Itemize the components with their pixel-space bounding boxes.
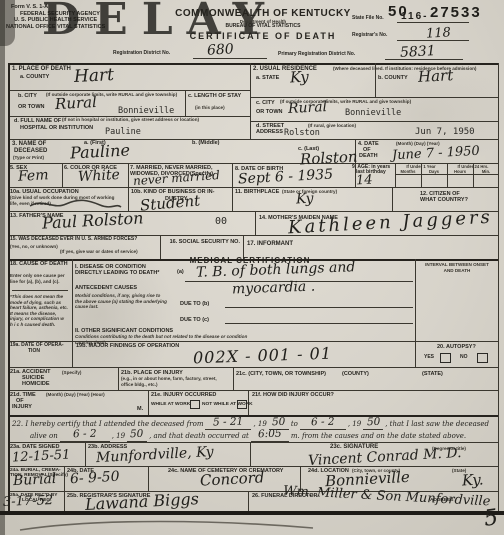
citizen-label2: WHAT COUNTRY?	[420, 197, 468, 203]
res-street-note: (If rural, give location)	[308, 123, 398, 129]
divider	[8, 63, 499, 65]
injury-time-columns: (Month) (Day) (Year) (Hour)	[46, 392, 146, 398]
divider	[385, 59, 463, 60]
certify-text: to	[291, 420, 298, 428]
death-certificate-scan: Form V. S. 1-A FEDERAL SECURITY AGENCY U…	[0, 0, 504, 535]
birthplace-label: 11. BIRTHPLACE	[235, 189, 279, 195]
how-injury-label: 21f. HOW DID INJURY OCCUR?	[252, 392, 334, 398]
not-while-at-work-checkbox	[237, 400, 247, 409]
informant-label: 17. INFORMANT	[247, 241, 293, 248]
injury-occurred-label: 21e. INJURY OCCURRED	[151, 392, 216, 398]
res-note: (Where deceased lived. If institution: r…	[333, 66, 493, 72]
certify-text: alive on	[30, 432, 58, 440]
burial-location-state-value: Ky.	[462, 470, 484, 489]
divider	[233, 367, 234, 390]
res-county-label: b. COUNTY	[378, 75, 408, 81]
registrar-no-label: Registrar's No.	[352, 33, 387, 39]
pod-city-label2: OR TOWN	[18, 104, 44, 110]
age-value: 14	[356, 173, 373, 189]
race-value: White	[78, 167, 121, 185]
certify-from-value: 5 - 21	[213, 415, 244, 428]
reg-district-value: 680	[207, 41, 235, 58]
injury-time-label3: INJURY	[12, 404, 32, 410]
birthplace-value: Ky	[296, 191, 314, 208]
divider	[64, 491, 65, 511]
disease-a-label: (a)	[177, 269, 184, 275]
certify-text: , 19	[348, 420, 361, 428]
pod-stay-label: c. LENGTH OF STAY	[188, 93, 246, 99]
paper-stain	[0, 0, 5, 535]
certify-year3-value: 50	[130, 428, 144, 440]
divider	[250, 63, 251, 139]
divider	[62, 163, 63, 187]
res-date-stamp: Jun 7, 1950	[415, 127, 475, 137]
divider	[12, 290, 68, 291]
due-to-c-label: DUE TO (c)	[180, 317, 209, 323]
res-city-value-hw: Rural	[288, 99, 328, 117]
pod-hospital-note: (If not in hospital or institution, give…	[62, 117, 242, 123]
injury-time-m-label: M.	[137, 406, 143, 412]
certify-to-value: 6 - 2	[311, 416, 335, 429]
name-middle-label: b. (Middle)	[192, 140, 220, 146]
divider	[8, 466, 499, 467]
age-days-label: Days	[421, 169, 447, 174]
divider	[8, 442, 499, 443]
armed-forces-note2: (If yes, give war or dates of service)	[60, 249, 156, 255]
scan-curve-artifact	[18, 518, 318, 534]
name-last-value: Rolston	[300, 148, 358, 169]
bureau-line: BUREAU OF VITAL STATISTICS	[168, 24, 358, 30]
divider	[225, 307, 413, 308]
while-at-work-label: WHILE AT WORK	[151, 402, 190, 408]
certify-statement-line2: alive on6 - 2, 1950, and that death occu…	[30, 429, 468, 442]
state-file-label: State File No.	[352, 16, 384, 22]
divider	[8, 390, 499, 391]
cause-margin-note1: Enter only one cause per line for (a), (…	[10, 273, 66, 284]
date-received-value: 3-17-52	[3, 493, 54, 510]
divider	[8, 139, 499, 140]
autopsy-no-checkbox	[477, 353, 488, 363]
pod-city-value-typed: Bonnieville	[118, 106, 174, 116]
primary-district-label: Primary Registration District No.	[278, 52, 355, 58]
sex-value: Fem	[18, 167, 49, 185]
certify-alive-blank: 6 - 2	[60, 429, 110, 442]
divider	[415, 259, 416, 341]
while-at-work-checkbox	[190, 400, 200, 409]
certificate-title: CERTIFICATE OF DEATH	[168, 31, 358, 42]
autopsy-label: 20. AUTOPSY?	[437, 344, 476, 350]
antecedent-label: ANTECEDENT CAUSES	[75, 285, 137, 291]
divider	[232, 163, 233, 211]
age-hours-label: Hours	[447, 169, 473, 174]
divider	[225, 323, 413, 324]
cause-margin-note2: *This does not mean the mode of dying, s…	[10, 294, 68, 327]
dod-value: June 7 - 1950	[392, 144, 480, 164]
pod-hospital-label: d. FULL NAME OF	[14, 118, 61, 124]
dod-label3: DEATH	[359, 153, 378, 159]
divider	[250, 442, 251, 466]
certify-text: 22. I hereby certify that I attended the…	[12, 420, 203, 428]
res-street-label2: ADDRESS	[256, 129, 283, 135]
autopsy-no-label: NO	[460, 355, 468, 361]
pod-city-value-hw: Rural	[55, 93, 98, 113]
divider	[8, 187, 499, 188]
divider	[148, 466, 149, 491]
armed-forces-label1: 15. WAS DECEASED	[10, 237, 59, 243]
due-to-b-label: DUE TO (b)	[180, 301, 209, 307]
certify-alive-value: 6 - 2	[73, 428, 97, 441]
certify-text: , 19	[253, 420, 266, 428]
res-city-label: c. CITY	[256, 100, 275, 106]
divider	[148, 390, 149, 415]
divider	[250, 121, 499, 122]
divider	[248, 491, 249, 511]
cause-of-death-value-line2: myocardia .	[232, 279, 316, 298]
state-file-value: 116-	[401, 11, 428, 22]
certify-year2-value: 50	[366, 416, 380, 428]
injury-state-label: (STATE)	[422, 371, 443, 377]
divider	[193, 58, 267, 59]
file-number-stamp: 27533	[430, 4, 482, 21]
funeral-director-value: Wm. Miller & Son Munfordville	[283, 484, 491, 510]
divider	[128, 163, 129, 211]
divider	[250, 97, 499, 98]
autopsy-yes-label: YES	[424, 355, 434, 361]
armed-forces-note1: (Yes, no, or unknown)	[10, 244, 58, 250]
certify-text: m. from the causes and on the date state…	[291, 432, 466, 440]
name-first-value: Pauline	[70, 140, 131, 162]
antecedent-note: Morbid conditions, if any, giving rise t…	[75, 293, 167, 310]
certify-year1-value: 50	[272, 416, 286, 428]
res-state-value: Ky	[290, 68, 310, 87]
divider	[8, 90, 250, 91]
pod-stay-note: (in this place)	[195, 105, 245, 111]
date-signed-value: 12-15-51	[12, 447, 71, 465]
disease-label2: DIRECTLY LEADING TO DEATH*	[75, 270, 159, 276]
divider	[392, 187, 393, 211]
reg-district-label: Registration District No.	[113, 51, 170, 57]
burial-type-value: Burial	[13, 471, 57, 489]
operation-date-label2: TION	[28, 349, 40, 355]
findings-label: 19b. MAJOR FINDINGS OF OPERATION	[76, 343, 179, 349]
divider	[72, 341, 73, 367]
res-street-value: Rolston	[284, 128, 320, 138]
divider	[72, 259, 73, 341]
res-city-label2: OR TOWN	[256, 109, 282, 115]
accident-note: (Specify)	[62, 370, 102, 376]
armed-forces-label2: EVER IN U. S. ARMED FORCES?	[60, 237, 156, 243]
pod-title: 1. PLACE OF DEATH	[12, 66, 71, 73]
cemetery-value: Concord	[200, 468, 265, 489]
divider	[498, 63, 499, 511]
injury-county-label: (COUNTY)	[342, 371, 369, 377]
pod-county-label: a. COUNTY	[20, 74, 49, 80]
ssn-label: 16. SOCIAL SECURITY NO.	[164, 239, 240, 245]
pod-county-value: Hart	[74, 65, 115, 87]
certify-text: , that I last saw the deceased	[385, 420, 489, 428]
divider	[8, 367, 499, 368]
findings-value: 002X - 001 - 01	[193, 344, 333, 368]
certify-hour-blank: 6:05	[251, 429, 289, 442]
divider	[255, 211, 256, 235]
divider	[85, 442, 86, 466]
certify-text: , 19	[112, 432, 125, 440]
certify-text: , and that death occurred at	[149, 432, 249, 440]
divider	[415, 341, 416, 367]
pod-hospital-value: Pauline	[105, 127, 141, 137]
divider	[397, 40, 469, 41]
father-value: Paul Rolston	[42, 208, 144, 232]
name-label3: (Type or Print)	[13, 155, 44, 161]
cause-label: 18. CAUSE OF DEATH	[10, 261, 68, 267]
injury-place-note: (e.g., in or about home, farm, factory, …	[121, 376, 229, 387]
pod-city-label: b. CITY	[18, 93, 37, 99]
form-bottom-edge	[0, 511, 504, 515]
father-code: 00	[215, 216, 227, 227]
res-county-value: Hart	[418, 66, 454, 86]
burial-date-value: 6- 9-50	[70, 469, 120, 488]
divider	[118, 367, 119, 390]
injury-city-label: 21c. (CITY, TOWN, OR TOWNSHIP)	[236, 371, 326, 377]
certify-year3-blank: 50	[127, 429, 147, 442]
age-months-label: Months	[395, 169, 421, 174]
accident-label3: HOMICIDE	[22, 381, 50, 387]
age-min-label: Min.	[473, 169, 499, 174]
res-city-value-typed: Bonnieville	[345, 108, 401, 118]
interval-label: INTERVAL BETWEEN ONSET AND DEATH	[420, 262, 494, 273]
certify-hour-value: 6:05	[258, 428, 282, 441]
pod-hospital-label2: HOSPITAL OR INSTITUTION	[20, 125, 93, 131]
res-state-label: a. STATE	[256, 75, 279, 81]
autopsy-yes-checkbox	[440, 353, 451, 363]
divider	[185, 90, 186, 116]
divider	[397, 22, 469, 23]
